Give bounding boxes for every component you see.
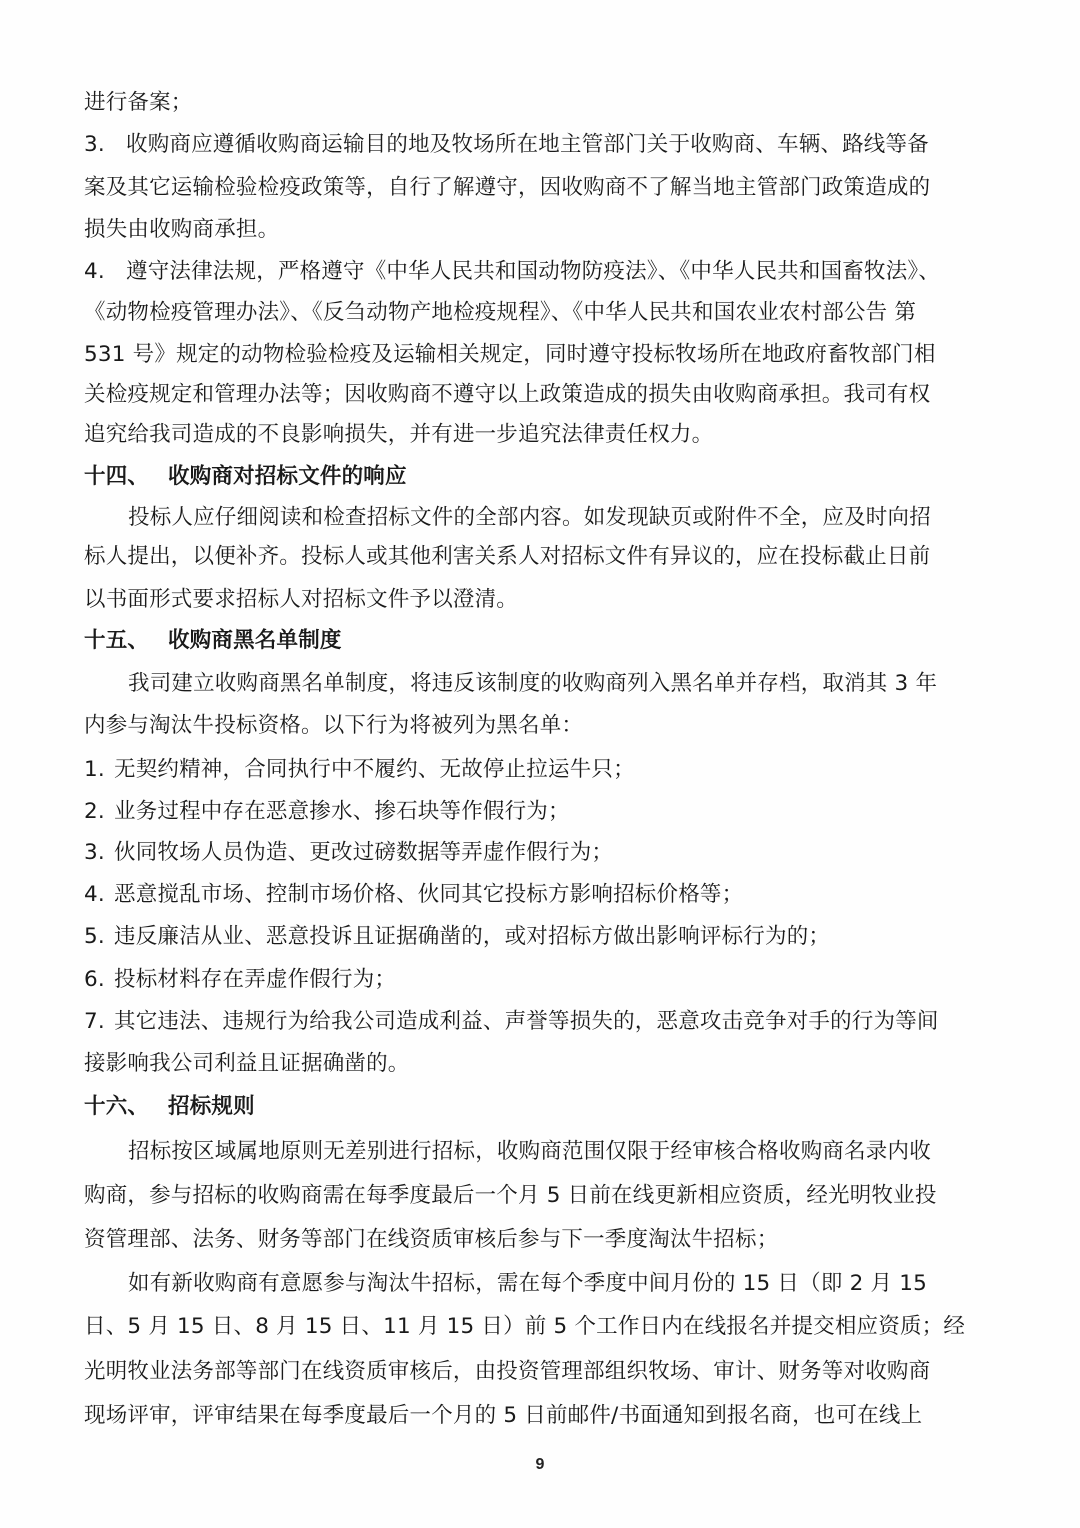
paragraph-line: 标人提出，以便补齐。投标人或其他利害关系人对招标文件有异议的，应在投标截止日前 (84, 537, 944, 577)
item-text: 其它违法、违规行为给我公司造成利益、声誉等损失的，恶意攻击竞争对手的行为等间 (114, 1009, 939, 1034)
section-heading-14: 十四、收购商对招标文件的响应 (84, 457, 944, 497)
paragraph-line: 光明牧业法务部等部门在线资质审核后，由投资管理部组织牧场、审计、财务等对收购商 (84, 1352, 944, 1392)
paragraph-line: 购商，参与招标的收购商需在每季度最后一个月 5 日前在线更新相应资质，经光明牧业… (84, 1176, 944, 1216)
section-heading-15: 十五、收购商黑名单制度 (84, 621, 944, 661)
blacklist-item: 2.业务过程中存在恶意掺水、掺石块等作假行为； (84, 792, 944, 832)
item-number: 4. (84, 875, 114, 915)
item-number: 3. (84, 125, 126, 165)
paragraph-line: 内参与淘汰牛投标资格。以下行为将被列为黑名单： (84, 706, 944, 746)
blacklist-item: 5.违反廉洁从业、恶意投诉且证据确凿的，或对招标方做出影响评标行为的； (84, 917, 944, 957)
item-number: 6. (84, 960, 114, 1000)
item-text: 恶意搅乱市场、控制市场价格、伙同其它投标方影响招标价格等； (114, 882, 743, 907)
blacklist-item: 1.无契约精神，合同执行中不履约、无故停止拉运牛只； (84, 750, 944, 790)
item-number: 5. (84, 917, 114, 957)
section-number: 十五、 (84, 621, 168, 661)
section-heading-16: 十六、招标规则 (84, 1087, 944, 1127)
section-number: 十四、 (84, 457, 168, 497)
blacklist-item: 6.投标材料存在弄虚作假行为； (84, 960, 944, 1000)
document-page: 进行备案； 3.收购商应遵循收购商运输目的地及牧场所在地主管部门关于收购商、车辆… (0, 0, 1080, 1528)
continuation-line: 进行备案； (84, 83, 944, 123)
paragraph-line: 日、5 月 15 日、8 月 15 日、11 月 15 日）前 5 个工作日内在… (84, 1307, 944, 1347)
text-line: 案及其它运输检验检疫政策等，自行了解遵守，因收购商不了解当地主管部门政策造成的 (84, 168, 944, 208)
blacklist-item: 3.伙同牧场人员伪造、更改过磅数据等弄虚作假行为； (84, 833, 944, 873)
text-line: 追究给我司造成的不良影响损失，并有进一步追究法律责任权力。 (84, 415, 944, 455)
section-title: 招标规则 (168, 1094, 255, 1119)
list-item-3: 3.收购商应遵循收购商运输目的地及牧场所在地主管部门关于收购商、车辆、路线等备 (84, 125, 944, 165)
text-line: 接影响我公司利益且证据确凿的。 (84, 1044, 944, 1084)
item-text: 无契约精神，合同执行中不履约、无故停止拉运牛只； (114, 757, 635, 782)
item-number: 4. (84, 252, 126, 292)
section-number: 十六、 (84, 1087, 168, 1127)
item-text: 伙同牧场人员伪造、更改过磅数据等弄虚作假行为； (114, 840, 613, 865)
paragraph-line: 如有新收购商有意愿参与淘汰牛招标，需在每个季度中间月份的 15 日（即 2 月 … (128, 1264, 988, 1304)
blacklist-item: 7.其它违法、违规行为给我公司造成利益、声誉等损失的，恶意攻击竞争对手的行为等间 (84, 1002, 944, 1042)
item-number: 2. (84, 792, 114, 832)
page-number: 9 (0, 1456, 1080, 1474)
item-number: 3. (84, 833, 114, 873)
text-line: 531 号》规定的动物检验检疫及运输相关规定，同时遵守投标牧场所在地政府畜牧部门… (84, 335, 944, 375)
paragraph-line: 以书面形式要求招标人对招标文件予以澄清。 (84, 580, 944, 620)
item-text: 投标材料存在弄虚作假行为； (114, 967, 396, 992)
item-number: 7. (84, 1002, 114, 1042)
text-line: 损失由收购商承担。 (84, 210, 944, 250)
paragraph-line: 现场评审，评审结果在每季度最后一个月的 5 日前邮件/书面通知到报名商，也可在线… (84, 1396, 944, 1436)
section-title: 收购商黑名单制度 (168, 628, 342, 653)
item-text: 遵守法律法规，严格遵守《中华人民共和国动物防疫法》、《中华人民共和国畜牧法》、 (126, 259, 940, 284)
text-line: 《动物检疫管理办法》、《反刍动物产地检疫规程》、《中华人民共和国农业农村部公告 … (84, 293, 944, 333)
paragraph-line: 资管理部、法务、财务等部门在线资质审核后参与下一季度淘汰牛招标； (84, 1220, 944, 1260)
item-text: 收购商应遵循收购商运输目的地及牧场所在地主管部门关于收购商、车辆、路线等备 (126, 132, 929, 157)
item-number: 1. (84, 750, 114, 790)
paragraph-line: 招标按区域属地原则无差别进行招标，收购商范围仅限于经审核合格收购商名录内收 (128, 1132, 988, 1172)
section-title: 收购商对招标文件的响应 (168, 464, 407, 489)
text-line: 关检疫规定和管理办法等；因收购商不遵守以上政策造成的损失由收购商承担。我司有权 (84, 375, 944, 415)
item-text: 违反廉洁从业、恶意投诉且证据确凿的，或对招标方做出影响评标行为的； (114, 924, 830, 949)
list-item-4: 4.遵守法律法规，严格遵守《中华人民共和国动物防疫法》、《中华人民共和国畜牧法》… (84, 252, 944, 292)
paragraph-line: 我司建立收购商黑名单制度，将违反该制度的收购商列入黑名单并存档，取消其 3 年 (128, 664, 988, 704)
item-text: 业务过程中存在恶意掺水、掺石块等作假行为； (114, 799, 570, 824)
blacklist-item: 4.恶意搅乱市场、控制市场价格、伙同其它投标方影响招标价格等； (84, 875, 944, 915)
paragraph-line: 投标人应仔细阅读和检查招标文件的全部内容。如发现缺页或附件不全，应及时向招 (128, 498, 988, 538)
